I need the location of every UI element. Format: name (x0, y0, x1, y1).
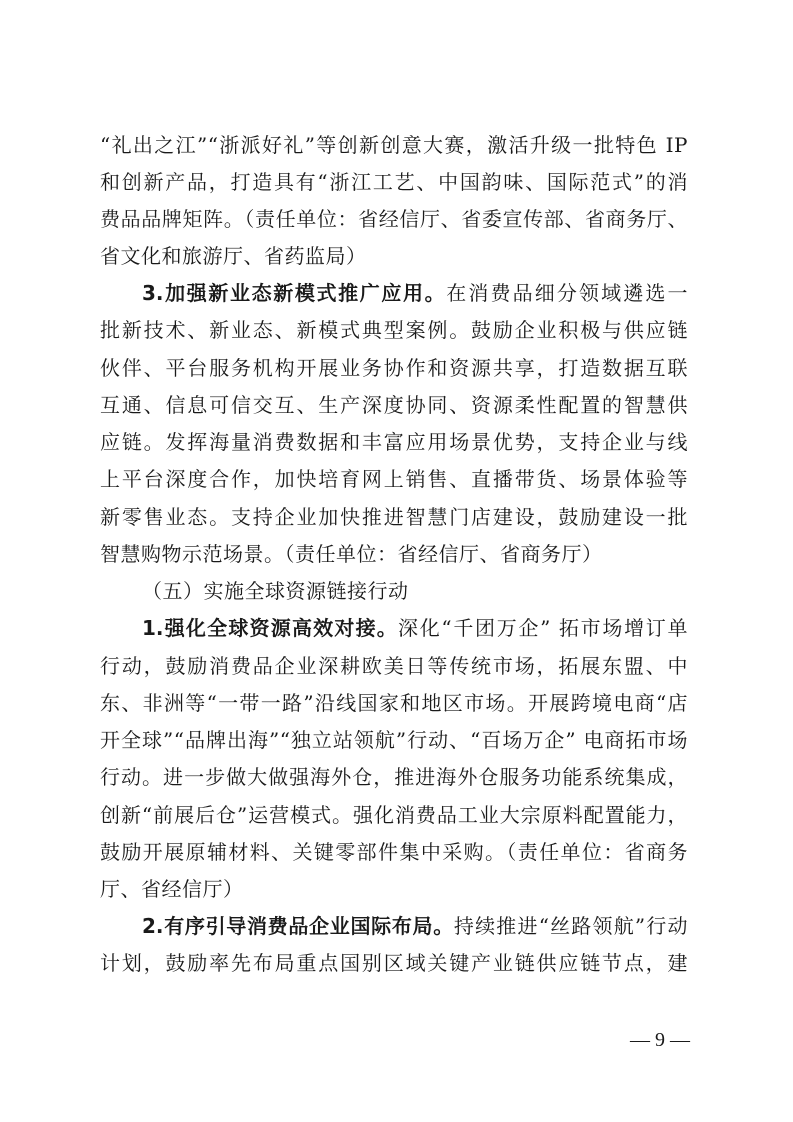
body-line: 新零售业态。支持企业加快推进智慧门店建设，鼓励建设一批 (100, 502, 688, 532)
page-number: — 9 — (618, 1026, 690, 1054)
subsection-heading: 1.强化全球资源高效对接。 (142, 616, 398, 640)
paragraph-2-first-line: 2.有序引导消费品企业国际布局。持续推进“丝路领航”行动 (142, 911, 688, 941)
subsection-heading: 3.加强新业态新模式推广应用。 (142, 281, 446, 305)
body-line: 上平台深度合作，加快培育网上销售、直播带货、场景体验等 (100, 464, 688, 494)
subsection-heading: 2.有序引导消费品企业国际布局。 (142, 914, 454, 938)
body-text: 深化“千团万企” 拓市场增订单 (398, 616, 688, 640)
paragraph-1-first-line: 1.强化全球资源高效对接。深化“千团万企” 拓市场增订单 (142, 613, 688, 643)
body-line: 互通、信息可信交互、生产深度协同、资源柔性配置的智慧供 (100, 390, 688, 420)
body-line: 行动。进一步做大做强海外仓，推进海外仓服务功能系统集成， (100, 762, 688, 792)
body-text: 在消费品细分领域遴选一 (446, 281, 688, 305)
body-line: 智慧购物示范场景。（责任单位：省经信厅、省商务厅） (100, 539, 688, 569)
body-line: 和创新产品，打造具有“浙江工艺、中国韵味、国际范式”的消 (100, 167, 688, 197)
body-line: 开全球”“品牌出海”“独立站领航”行动、“百场万企” 电商拓市场 (100, 725, 688, 755)
section-heading: （五）实施全球资源链接行动 (142, 576, 688, 606)
body-line: 伙伴、平台服务机构开展业务协作和资源共享，打造数据互联 (100, 353, 688, 383)
paragraph-3-first-line: 3.加强新业态新模式推广应用。在消费品细分领域遴选一 (142, 278, 688, 308)
body-line: “礼出之江”“浙派好礼”等创新创意大赛，激活升级一批特色 IP (100, 130, 688, 160)
body-line: 鼓励开展原辅材料、关键零部件集中采购。（责任单位：省商务 (100, 837, 688, 867)
body-line: 厅、省经信厅） (100, 874, 688, 904)
document-page: “礼出之江”“浙派好礼”等创新创意大赛，激活升级一批特色 IP 和创新产品，打造… (0, 0, 793, 1122)
body-text: 持续推进“丝路领航”行动 (454, 914, 688, 938)
body-line: 批新技术、新业态、新模式典型案例。鼓励企业积极与供应链 (100, 315, 688, 345)
body-line: 东、非洲等“一带一路”沿线国家和地区市场。开展跨境电商“店 (100, 688, 688, 718)
body-line: 行动，鼓励消费品企业深耕欧美日等传统市场，拓展东盟、中 (100, 651, 688, 681)
body-line: 计划，鼓励率先布局重点国别区域关键产业链供应链节点，建 (100, 948, 688, 978)
body-line: 省文化和旅游厅、省药监局） (100, 241, 688, 271)
body-line: 创新“前展后仓”运营模式。强化消费品工业大宗原料配置能力， (100, 800, 688, 830)
body-line: 应链。发挥海量消费数据和丰富应用场景优势，支持企业与线 (100, 427, 688, 457)
body-line: 费品品牌矩阵。（责任单位：省经信厅、省委宣传部、省商务厅、 (100, 204, 688, 234)
